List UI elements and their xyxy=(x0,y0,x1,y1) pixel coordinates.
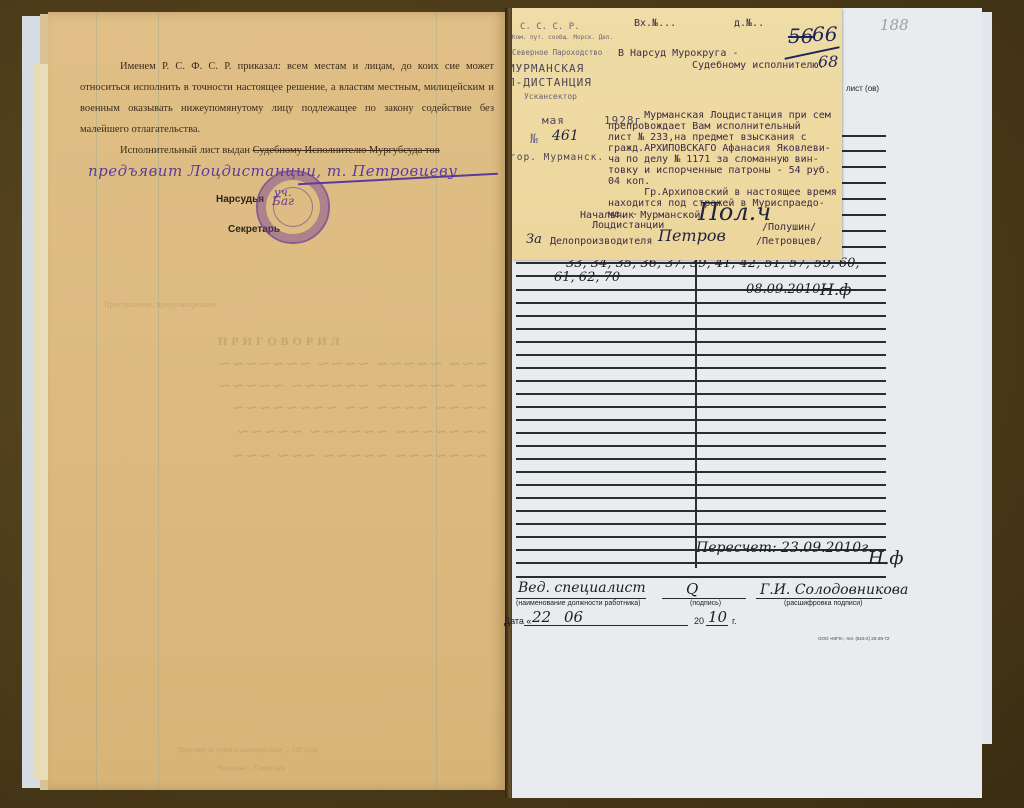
folio-struck: 56 xyxy=(788,24,813,48)
position-value: Вед. специалист xyxy=(518,580,646,596)
letterhead-org: Л-ДИСТАНЦИЯ xyxy=(512,76,592,89)
decoding-caption: (расшифровка подписи) xyxy=(784,600,863,607)
bleed-handwriting: ~~ ~~~~~~ ~~~~~~ ~~~~~ xyxy=(88,376,488,395)
date-day: 22 xyxy=(532,608,551,626)
bleed-handwriting: ~~~ ~~~~~ ~~~~ ~~~~~~~ xyxy=(88,354,488,373)
sheet-numbers-line-2: 61, 62, 70 xyxy=(554,270,620,285)
date-entry: 08.09.2010. xyxy=(746,282,825,297)
initials-signature: Н.ф xyxy=(868,548,904,569)
initials-signature: Н.ф xyxy=(820,280,852,299)
bleed-footer: Нарсудья ... Секретарь xyxy=(218,764,285,772)
bleed-handwriting: ~~~~~~~ ~~~~~~ ~~~~~ xyxy=(88,422,488,441)
bleed-heading: ПРИГОВОРИЛ xyxy=(218,334,344,349)
bleed-handwriting: ~~~~ ~~~~ ~~ ~~~~~~~~ xyxy=(88,398,488,417)
signatory-name: /Полушин/ xyxy=(762,222,816,233)
letterhead-country: С. С. С. Р. xyxy=(520,22,580,32)
issued-line: Исполнительный лист выдан Судебному Испо… xyxy=(120,140,440,161)
list-ov-label: лист (ов) xyxy=(846,84,879,93)
stamp-signature: Баг xyxy=(272,194,294,208)
signature-mark: Q xyxy=(686,580,698,598)
archive-scan: Именем Р. С. Ф. С. Р. приказал: всем мес… xyxy=(0,0,1024,808)
court-stamp: Баг xyxy=(256,170,330,244)
clerk-title: Делопроизводителя xyxy=(550,236,652,247)
letterhead-month: мая xyxy=(542,114,565,127)
case-number: д.№.. xyxy=(734,18,764,29)
letterhead-dept: Ускансектор xyxy=(524,92,577,101)
clerk-name: /Петровцев/ xyxy=(756,236,822,247)
recount-entry: Пересчет: 23.09.2010г. xyxy=(696,540,873,556)
letterhead-number-prefix: № xyxy=(530,132,538,147)
year-unit: г. xyxy=(732,616,737,626)
bleed-footer: Приговор вступил в законную силу ... 192… xyxy=(178,746,317,754)
column-divider xyxy=(695,258,697,568)
printer-imprint: ООО «МГК», тел. (815-2) 25-28-72 xyxy=(818,636,889,641)
addressee-line-2: Судебному исполнителю. xyxy=(692,60,824,71)
position-caption: (наименование должности работника) xyxy=(516,600,640,607)
bleed-handwriting: ~~~~~~~ ~~~~~ ~~~ ~~~ xyxy=(88,446,488,465)
typed-cover-letter: С. С. С. Р. Ком. пут. сообщ. Морск. Дел.… xyxy=(512,8,842,260)
letterhead-number: 461 xyxy=(552,128,579,144)
pencil-folio-number: 188 xyxy=(880,16,909,34)
year-prefix: 20 xyxy=(694,616,704,626)
letterhead-org: МУРМАНСКАЯ xyxy=(512,62,584,75)
signature-caption: (подпись) xyxy=(690,600,721,607)
letterhead-city: гор. Мурманск. xyxy=(512,152,604,163)
letterhead-ministry: Ком. пут. сообщ. Морск. Дел. xyxy=(512,34,613,41)
folio-new: 66 xyxy=(812,22,837,46)
signatory-title-2: Лоцдистанции xyxy=(592,220,664,231)
chief-signature: Пол.ч xyxy=(698,198,771,226)
date-month: 06 xyxy=(564,608,583,626)
bleed-caption: Преступление, предусмотренное xyxy=(104,300,216,309)
clerk-prefix: За xyxy=(526,232,542,247)
clerk-signature: Петров xyxy=(658,226,726,245)
decree-paragraph: Именем Р. С. Ф. С. Р. приказал: всем мес… xyxy=(80,56,494,140)
addressee-line-1: В Нарсуд Мурокруга - xyxy=(618,48,738,59)
decoding-value: Г.И. Солодовникова xyxy=(760,582,908,598)
year-suffix: 10 xyxy=(708,608,727,626)
left-page-writ: Именем Р. С. Ф. С. Р. приказал: всем мес… xyxy=(48,12,506,790)
incoming-number: Вх.№... xyxy=(634,18,676,29)
letterhead-district: Северное Пароходство xyxy=(512,48,602,57)
